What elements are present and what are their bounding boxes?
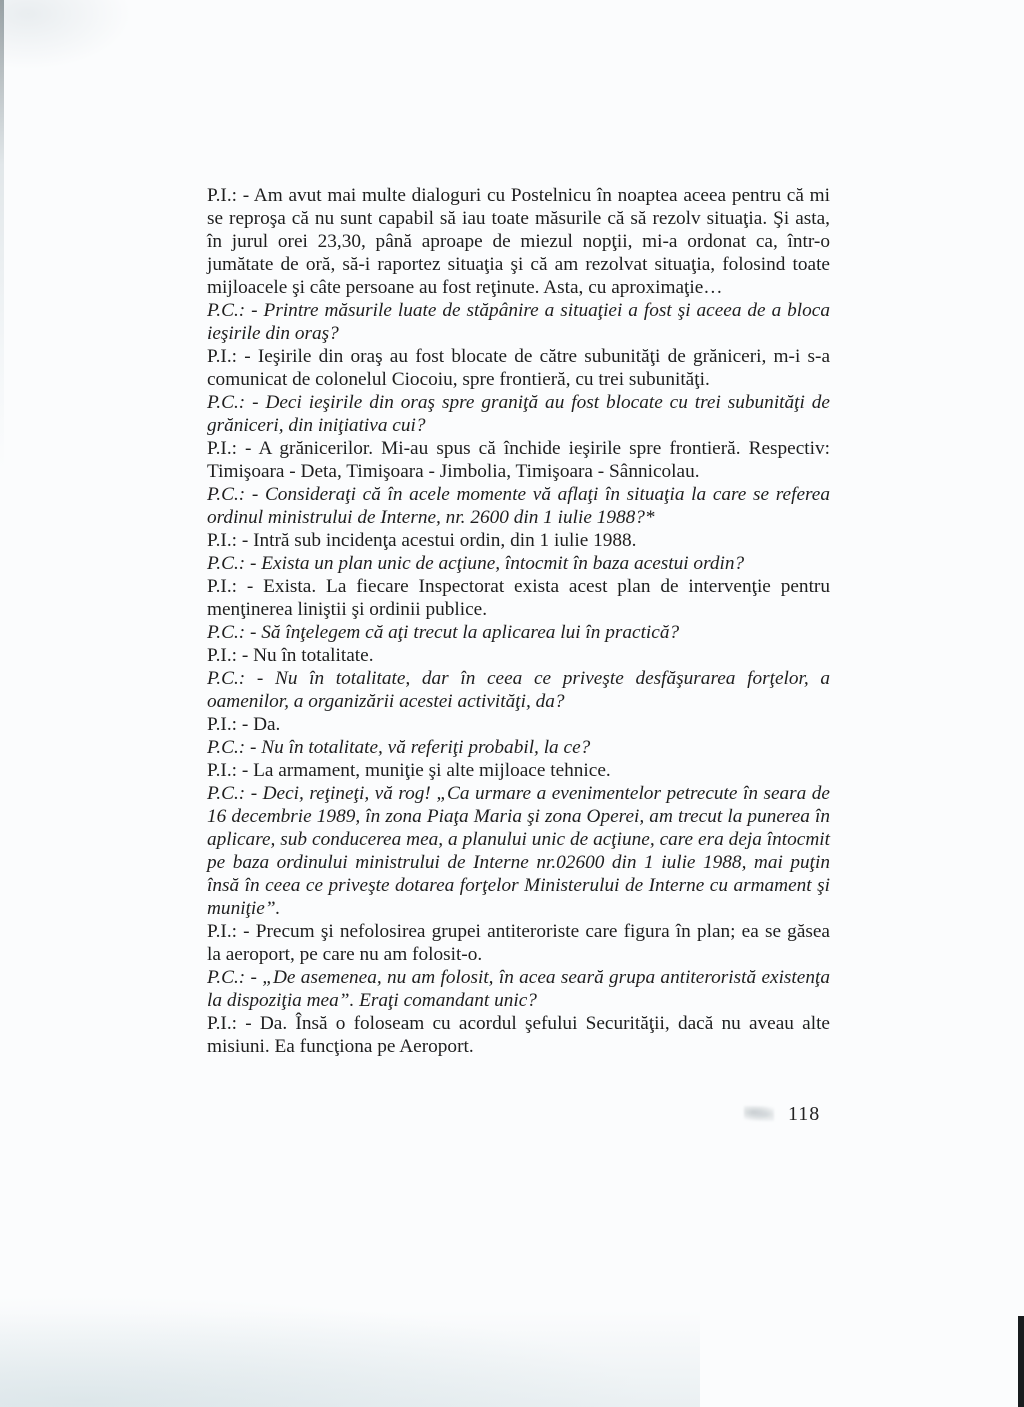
dialogue-paragraph: P.C.: - Consideraţi că în acele momente … bbox=[207, 483, 830, 529]
scan-artifact-top-left-corner bbox=[2, 0, 132, 70]
dialogue-paragraph: P.C.: - Deci, reţineţi, vă rog! „Ca urma… bbox=[207, 782, 830, 920]
dialogue-paragraph: P.C.: - Nu în totalitate, dar în ceea ce… bbox=[207, 667, 830, 713]
dialogue-text: P.I.: - Am avut mai multe dialoguri cu P… bbox=[207, 184, 830, 1058]
dialogue-paragraph: P.I.: - Am avut mai multe dialoguri cu P… bbox=[207, 184, 830, 299]
dialogue-paragraph: P.C.: - Deci ieşirile din oraş spre gran… bbox=[207, 391, 830, 437]
dialogue-paragraph: P.C.: - Exista un plan unic de acţiune, … bbox=[207, 552, 830, 575]
pencil-smudge bbox=[744, 1106, 774, 1121]
scan-artifact-bottom-tint bbox=[0, 1287, 700, 1407]
dialogue-paragraph: P.I.: - Intră sub incidenţa acestui ordi… bbox=[207, 529, 830, 552]
dialogue-paragraph: P.C.: - Să înţelegem că aţi trecut la ap… bbox=[207, 621, 830, 644]
dialogue-paragraph: P.I.: - La armament, muniţie şi alte mij… bbox=[207, 759, 830, 782]
dialogue-paragraph: P.I.: - A grănicerilor. Mi-au spus că în… bbox=[207, 437, 830, 483]
dialogue-paragraph: P.C.: - Printre măsurile luate de stăpân… bbox=[207, 299, 830, 345]
dialogue-paragraph: P.I.: - Da. bbox=[207, 713, 830, 736]
scan-artifact-right-edge-bar bbox=[1018, 1316, 1024, 1407]
dialogue-paragraph: P.I.: - Da. Însă o foloseam cu acordul ş… bbox=[207, 1012, 830, 1058]
scan-artifact-left-edge bbox=[0, 0, 4, 470]
dialogue-paragraph: P.I.: - Exista. La fiecare Inspectorat e… bbox=[207, 575, 830, 621]
dialogue-paragraph: P.I.: - Ieşirile din oraş au fost blocat… bbox=[207, 345, 830, 391]
dialogue-paragraph: P.I.: - Precum şi nefolosirea grupei ant… bbox=[207, 920, 830, 966]
page-number: 118 bbox=[788, 1102, 820, 1126]
dialogue-paragraph: P.C.: - Nu în totalitate, vă referiţi pr… bbox=[207, 736, 830, 759]
page-scan: P.I.: - Am avut mai multe dialoguri cu P… bbox=[0, 0, 1024, 1407]
dialogue-paragraph: P.C.: - „De asemenea, nu am folosit, în … bbox=[207, 966, 830, 1012]
dialogue-paragraph: P.I.: - Nu în totalitate. bbox=[207, 644, 830, 667]
